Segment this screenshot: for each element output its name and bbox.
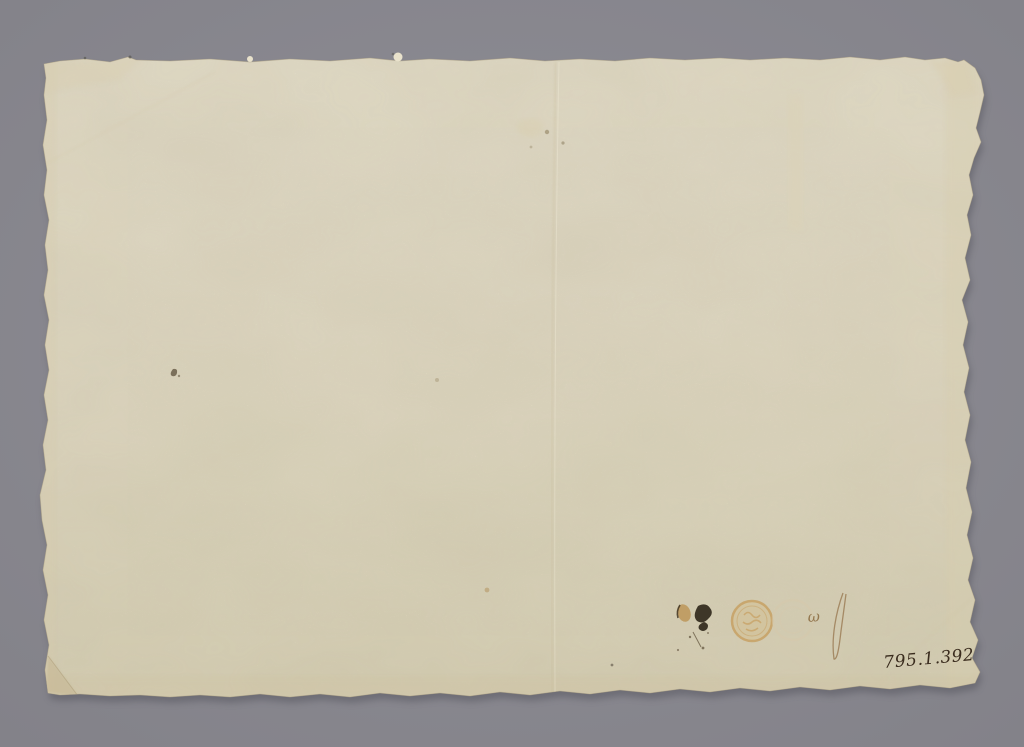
edge-paper-nub <box>394 53 403 62</box>
edge-paper-nub <box>247 56 253 62</box>
foxing-spot <box>530 146 533 149</box>
edge-dark-speck <box>84 57 87 60</box>
omega-mark: ω <box>807 607 820 626</box>
photo-canvas: ω 795.1.3928 <box>0 0 1024 747</box>
foxing-spot <box>435 378 439 382</box>
faint-stain <box>517 119 543 137</box>
foxing-spot <box>611 664 614 667</box>
paper-grain-texture <box>30 48 995 708</box>
ink-speck <box>689 636 691 638</box>
foxing-spot <box>561 141 564 144</box>
ink-speck <box>677 649 679 651</box>
collector-stamp <box>732 601 772 641</box>
photograph-of-paper-verso: ω 795.1.3928 <box>0 0 1024 747</box>
foxing-spot <box>485 588 490 593</box>
dark-spot <box>178 375 180 377</box>
edge-dark-speck <box>129 56 132 59</box>
ink-speck <box>707 632 709 634</box>
edge-dark-speck <box>392 53 395 56</box>
faint-offset-strip <box>788 96 803 231</box>
ink-speck <box>702 647 705 650</box>
foxing-spot <box>545 130 549 134</box>
paper-surface-details: ω 795.1.3928 <box>30 48 995 708</box>
